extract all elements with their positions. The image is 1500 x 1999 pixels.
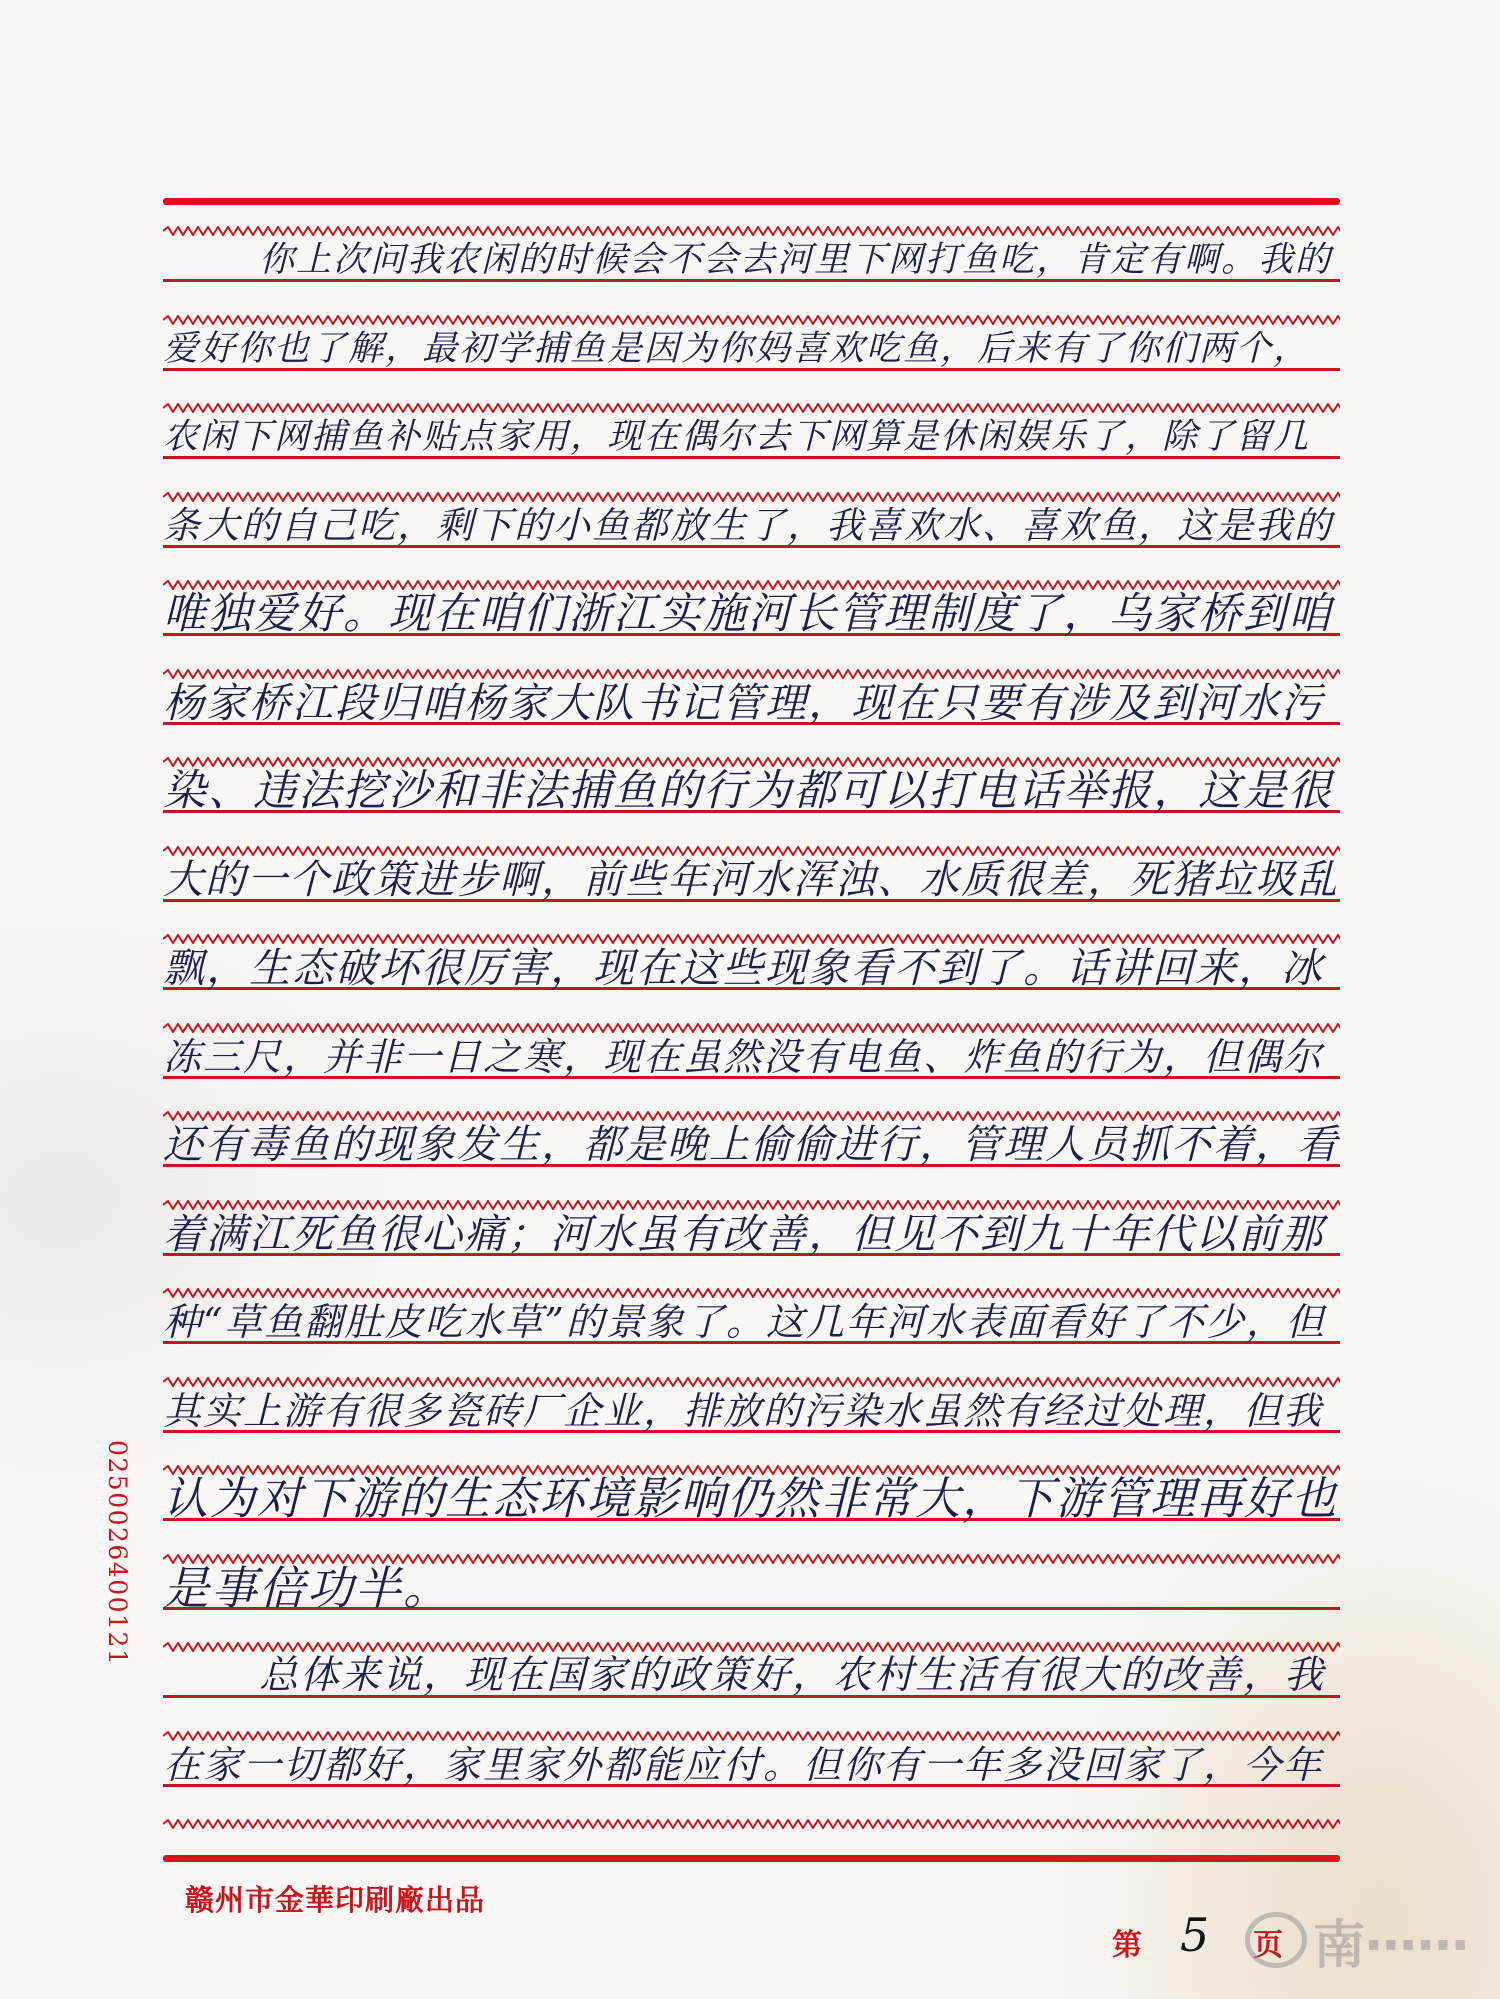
bottom-thick-rule [163, 1855, 1340, 1862]
serial-number-text: 0250026400121 [103, 1440, 132, 1666]
wavy-rule [163, 1819, 1340, 1829]
handwritten-line: 冻三尺，并非一日之寒，现在虽然没有电鱼、炸鱼的行为，但偶尔 [163, 1029, 1340, 1085]
handwritten-line: 飘，生态破坏很厉害，现在这些现象看不到了。话讲回来，冰 [163, 940, 1340, 996]
handwritten-line: 还有毒鱼的现象发生，都是晚上偷偷进行，管理人员抓不着，看 [163, 1117, 1340, 1173]
top-thick-rule [163, 198, 1340, 205]
text-row: 种“草鱼翻肚皮吃水草”的景象了。这几年河水表面看好了不少，但 [163, 1288, 1340, 1376]
handwritten-line: 总体来说，现在国家的政策好，农村生活有很大的改善，我 [163, 1648, 1340, 1704]
text-row: 认为对下游的生态环境影响仍然非常大，下游管理再好也 [163, 1465, 1340, 1553]
text-row: 染、违法挖沙和非法捕鱼的行为都可以打电话举报，这是很 [163, 757, 1340, 845]
text-row: 其实上游有很多瓷砖厂企业，排放的污染水虽然有经过处理，但我 [163, 1377, 1340, 1465]
handwritten-line: 种“草鱼翻肚皮吃水草”的景象了。这几年河水表面看好了不少，但 [163, 1294, 1340, 1350]
text-row: 飘，生态破坏很厉害，现在这些现象看不到了。话讲回来，冰 [163, 934, 1340, 1022]
handwritten-line: 大的一个政策进步啊，前些年河水浑浊、水质很差，死猪垃圾乱 [163, 852, 1340, 908]
handwritten-line: 染、违法挖沙和非法捕鱼的行为都可以打电话举报，这是很 [163, 763, 1340, 819]
handwritten-line: 农闲下网捕鱼补贴点家用，现在偶尔去下网算是休闲娱乐了，除了留几 [163, 409, 1340, 465]
text-row: 唯独爱好。现在咱们浙江实施河长管理制度了，乌家桥到咱 [163, 580, 1340, 668]
page-label-prefix: 第 [1112, 1920, 1142, 1964]
handwritten-line: 其实上游有很多瓷砖厂企业，排放的污染水虽然有经过处理，但我 [163, 1383, 1340, 1439]
handwritten-line: 着满江死鱼很心痛；河水虽有改善，但见不到九十年代以前那 [163, 1206, 1340, 1262]
text-row: 着满江死鱼很心痛；河水虽有改善，但见不到九十年代以前那 [163, 1200, 1340, 1288]
handwritten-line: 条大的自己吃，剩下的小鱼都放生了，我喜欢水、喜欢鱼，这是我的 [163, 498, 1340, 554]
handwritten-line: 杨家桥江段归咱杨家大队书记管理，现在只要有涉及到河水污 [163, 675, 1340, 731]
handwritten-line: 在家一切都好，家里家外都能应付。但你有一年多没回家了，今年 [163, 1737, 1340, 1793]
text-row: 在家一切都好，家里家外都能应付。但你有一年多没回家了，今年 [163, 1731, 1340, 1819]
handwritten-line: 唯独爱好。现在咱们浙江实施河长管理制度了，乌家桥到咱 [163, 586, 1340, 642]
page-number: 5 [1180, 1908, 1209, 1962]
text-row: 总体来说，现在国家的政策好，农村生活有很大的改善，我 [163, 1642, 1340, 1730]
handwritten-line: 是事倍功半。 [163, 1560, 1340, 1616]
text-row: 是事倍功半。 [163, 1554, 1340, 1642]
text-row: 大的一个政策进步啊，前些年河水浑浊、水质很差，死猪垃圾乱 [163, 846, 1340, 934]
text-row: 爱好你也了解，最初学捕鱼是因为你妈喜欢吃鱼，后来有了你们两个， [163, 315, 1340, 403]
serial-number: 0250026400121 [112, 1440, 152, 1710]
watermark: 南⋯⋯ [1245, 1905, 1485, 1975]
text-row: 你上次问我农闲的时候会不会去河里下网打鱼吃，肯定有啊。我的 [163, 226, 1340, 314]
handwritten-line: 你上次问我农闲的时候会不会去河里下网打鱼吃，肯定有啊。我的 [163, 232, 1340, 288]
text-row: 还有毒鱼的现象发生，都是晚上偷偷进行，管理人员抓不着，看 [163, 1111, 1340, 1199]
text-row: 杨家桥江段归咱杨家大队书记管理，现在只要有涉及到河水污 [163, 669, 1340, 757]
handwritten-line: 爱好你也了解，最初学捕鱼是因为你妈喜欢吃鱼，后来有了你们两个， [163, 321, 1340, 377]
text-row: 冻三尺，并非一日之寒，现在虽然没有电鱼、炸鱼的行为，但偶尔 [163, 1023, 1340, 1111]
handwritten-line: 认为对下游的生态环境影响仍然非常大，下游管理再好也 [163, 1471, 1340, 1527]
watermark-logo-icon [1245, 1912, 1307, 1968]
watermark-text: 南⋯⋯ [1313, 1903, 1469, 1978]
printer-imprint: 赣州市金華印刷廠出品 [185, 1878, 485, 1919]
text-row: 农闲下网捕鱼补贴点家用，现在偶尔去下网算是休闲娱乐了，除了留几 [163, 403, 1340, 491]
text-row: 条大的自己吃，剩下的小鱼都放生了，我喜欢水、喜欢鱼，这是我的 [163, 492, 1340, 580]
